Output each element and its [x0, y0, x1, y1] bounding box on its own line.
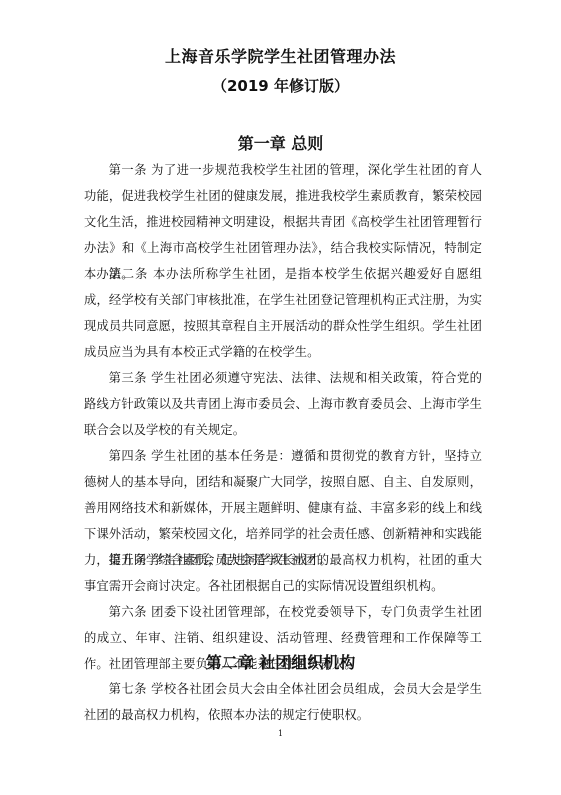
chapter-heading: 第二章 社团组织机构	[0, 650, 561, 673]
article-3: 第三条 学生社团必须遵守宪法、法律、法规和相关政策，符合党的路线方针政策以及共青…	[84, 365, 482, 443]
document-title: 上海音乐学院学生社团管理办法	[0, 44, 561, 67]
article-7: 第七条 学校各社团会员大会由全体社团会员组成，会员大会是学生社团的最高权力机构，…	[84, 676, 482, 728]
document-subtitle: （2019 年修订版）	[0, 75, 561, 96]
document-page: 上海音乐学院学生社团管理办法 （2019 年修订版） 第一章 总则 第一条 为了…	[0, 0, 561, 795]
page-number: 1	[0, 729, 561, 738]
article-5: 第五条 学生社团会员大会是学生社团的最高权力机构，社团的重大事宜需开会商讨决定。…	[84, 547, 482, 599]
chapter-heading: 第一章 总则	[0, 131, 561, 154]
article-2: 第二条 本办法所称学生社团，是指本校学生依据兴趣爱好自愿组成，经学校有关部门审核…	[84, 261, 482, 365]
